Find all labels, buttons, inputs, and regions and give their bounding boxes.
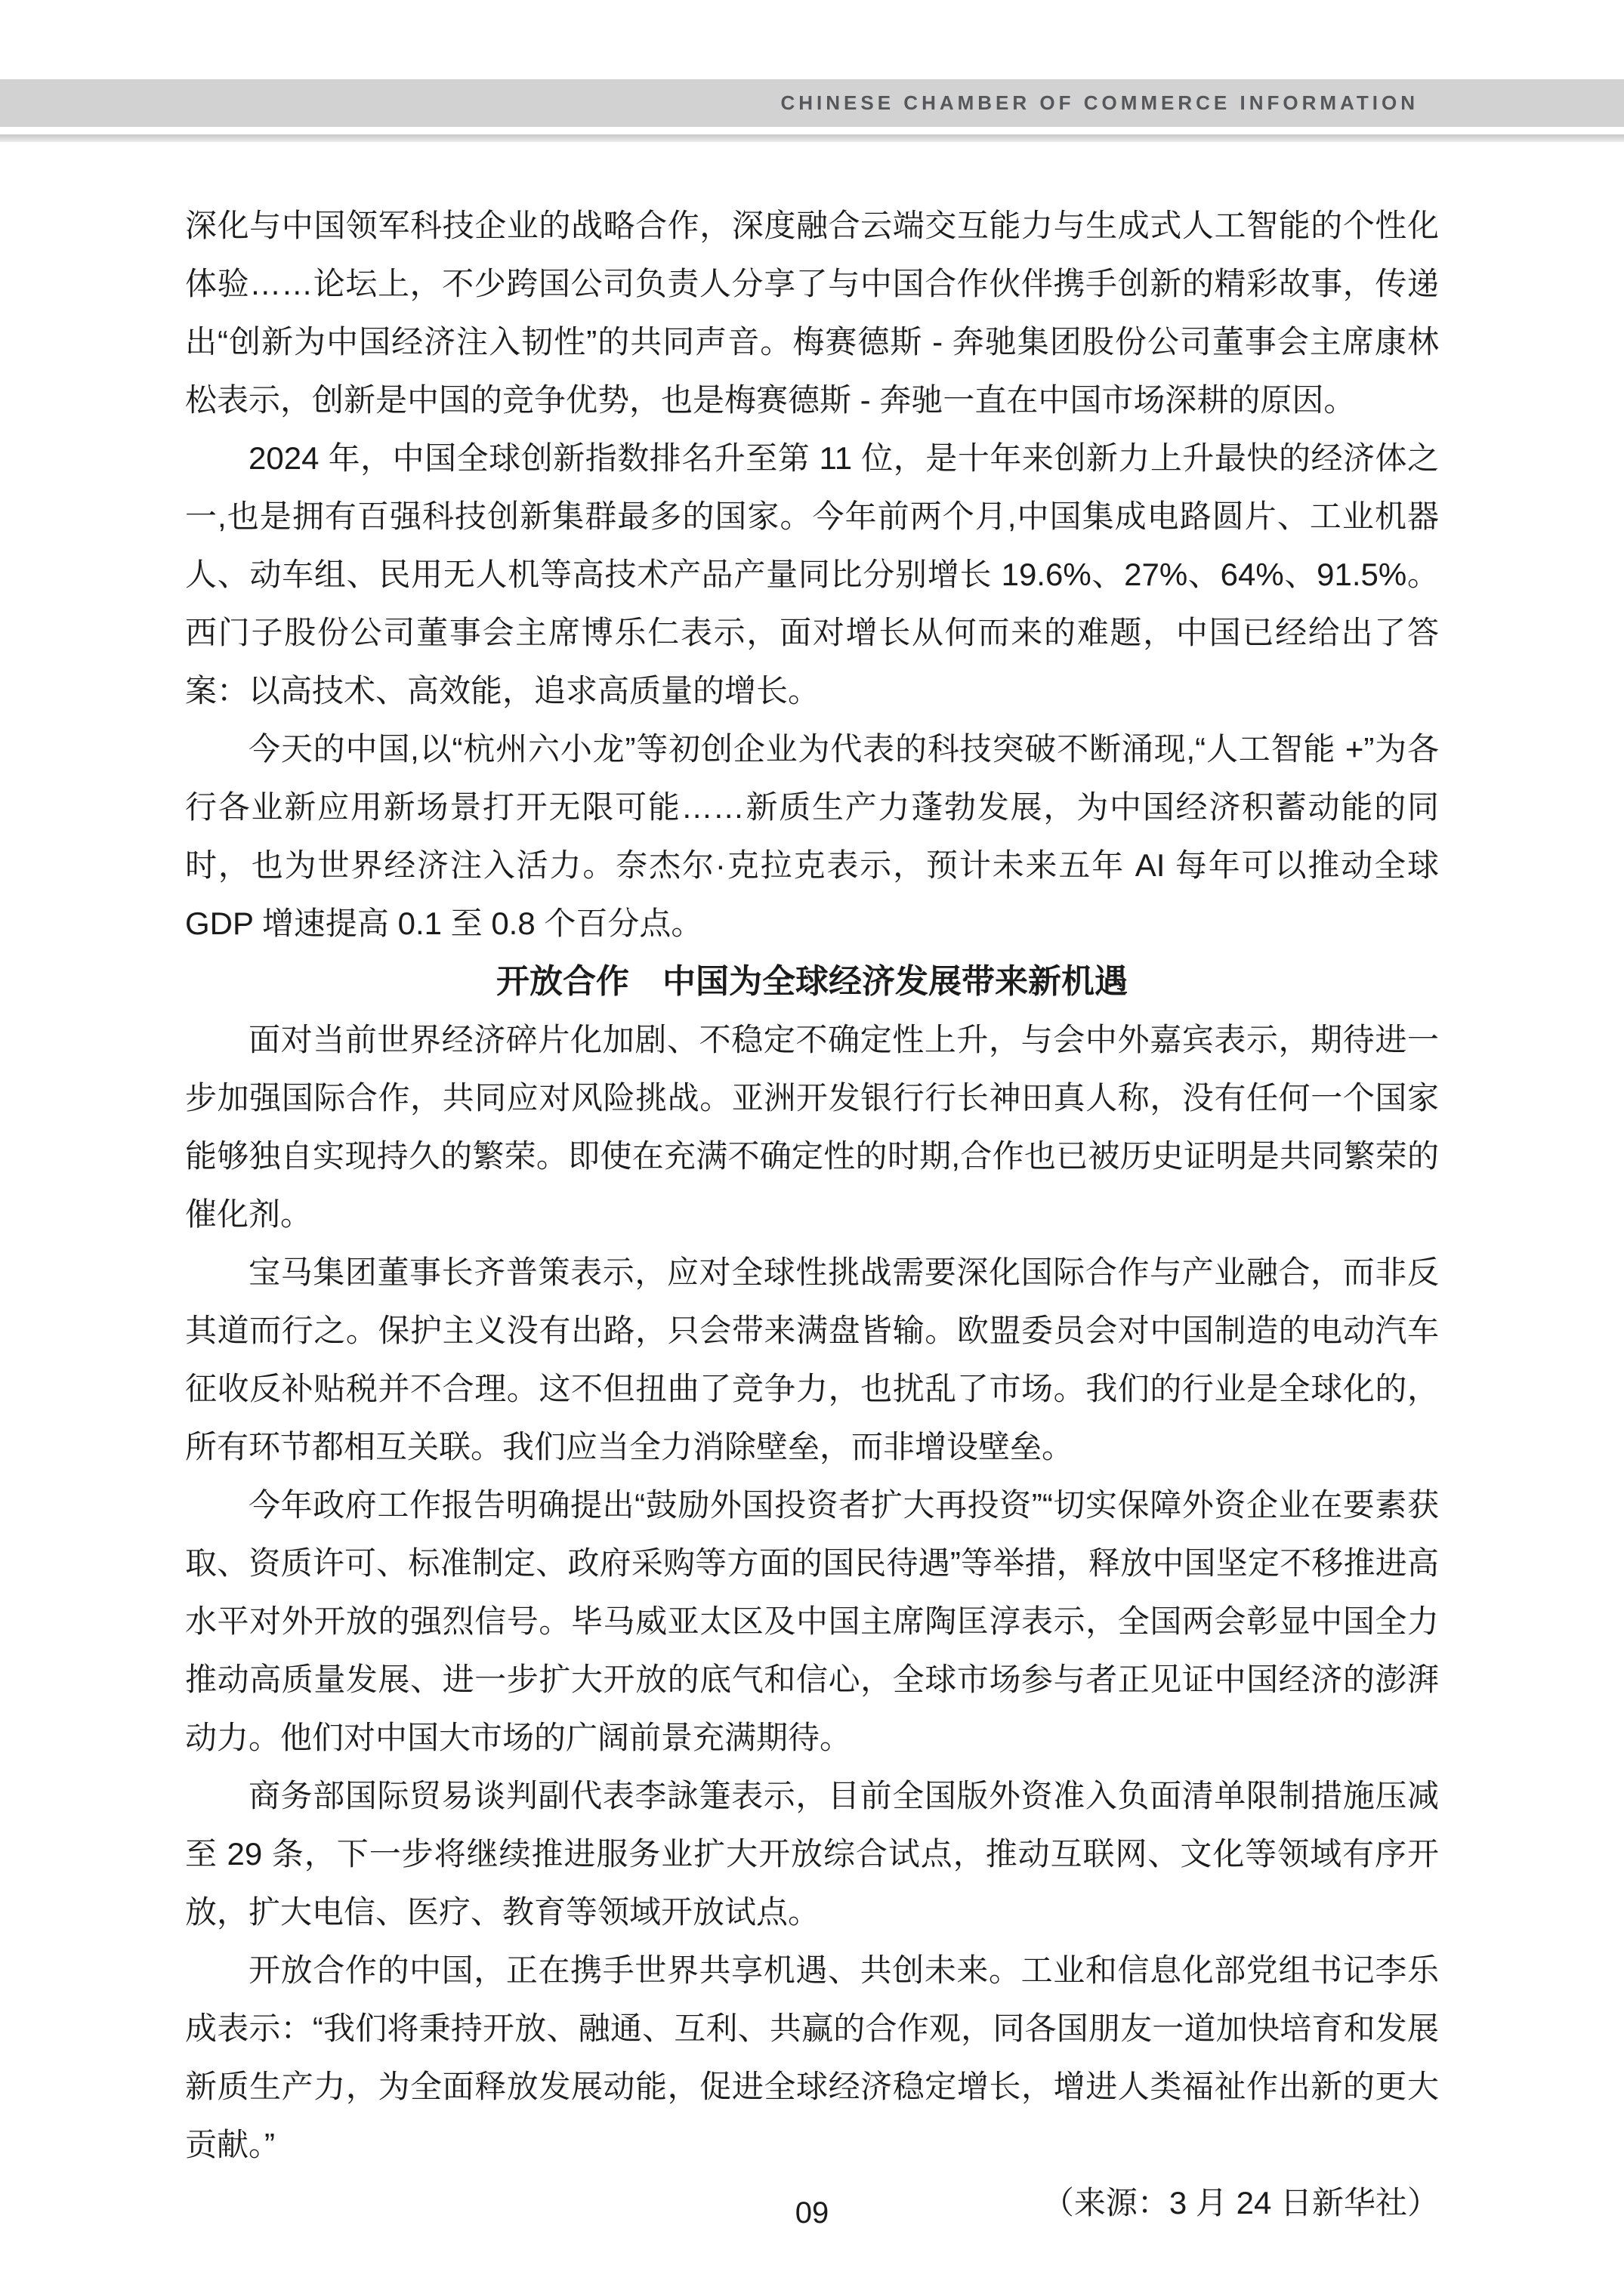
paragraph: 商务部国际贸易谈判副代表李詠箑表示，目前全国版外资准入负面清单限制措施压减至 2… [185, 1767, 1439, 1941]
header-banner: CHINESE CHAMBER OF COMMERCE INFORMATION [0, 79, 1624, 127]
header-banner-text: CHINESE CHAMBER OF COMMERCE INFORMATION [780, 91, 1419, 115]
paragraph-continued: 深化与中国领军科技企业的战略合作，深度融合云端交互能力与生成式人工智能的个性化体… [185, 196, 1439, 429]
paragraph: 今天的中国,以“杭州六小龙”等初创企业为代表的科技突破不断涌现,“人工智能 +”… [185, 720, 1439, 952]
paragraph: 面对当前世界经济碎片化加剧、不稳定不确定性上升，与会中外嘉宾表示，期待进一步加强… [185, 1011, 1439, 1243]
page-number: 09 [0, 2195, 1624, 2231]
paragraph: 开放合作的中国，正在携手世界共享机遇、共创未来。工业和信息化部党组书记李乐成表示… [185, 1941, 1439, 2174]
section-heading: 开放合作 中国为全球经济发展带来新机遇 [185, 952, 1439, 1011]
header-divider-line [0, 134, 1624, 142]
article-body: 深化与中国领军科技企业的战略合作，深度融合云端交互能力与生成式人工智能的个性化体… [185, 196, 1439, 2232]
paragraph: 2024 年，中国全球创新指数排名升至第 11 位，是十年来创新力上升最快的经济… [185, 429, 1439, 720]
paragraph: 宝马集团董事长齐普策表示，应对全球性挑战需要深化国际合作与产业融合，而非反其道而… [185, 1243, 1439, 1476]
paragraph: 今年政府工作报告明确提出“鼓励外国投资者扩大再投资”“切实保障外资企业在要素获取… [185, 1476, 1439, 1767]
